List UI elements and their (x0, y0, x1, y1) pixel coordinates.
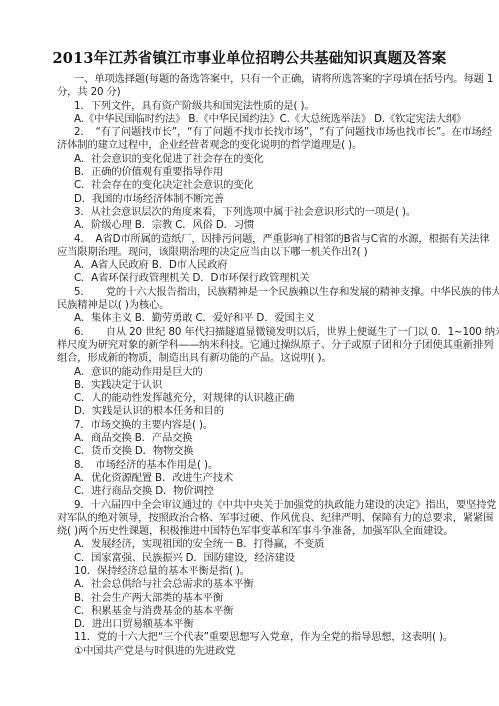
question-6: 6． 自从 20 世纪 80 年代扫描隧道显微镜发明以后，世界上便诞生了一门以 … (57, 326, 442, 339)
text-line: 应当限期治理。现问，该限期治理的决定应当由以下哪一机关作出?( ) (57, 246, 442, 259)
question-9-options-ab: A．发展经济，实现祖国的安全统一 B．打得赢，不变质 (57, 538, 442, 551)
section-heading: 一、单项选择题(每题的备选答案中，只有一个正确，请将所选答案的字母填在括号内。每… (57, 73, 442, 86)
question-8-options-cd: C．进行商品交换 D．物价调控 (57, 485, 442, 498)
question-4: 4． A省D市所属的造纸厂，因排污问题，严重影响了相邻的B省与C省的水源，根据有… (57, 233, 442, 246)
text-line: 分，共 20 分) (57, 86, 442, 99)
question-2-option-c: C．社会存在的变化决定社会意识的变化 (57, 179, 442, 192)
document-page: 2013年江苏省镇江市事业单位招聘公共基础知识真题及答案 一、单项选择题(每题的… (0, 0, 499, 706)
question-9-options-cd: C．国家富强、民族振兴 D．国防建设，经济建设 (57, 552, 442, 565)
question-10: 10．保持经济总量的基本平衡是指( )。 (57, 565, 442, 578)
text-line: 对军队的绝对领导，按照政治合格、军事过硬、作风优良、纪律严明、保障有力的总要求，… (57, 512, 442, 525)
text-line: 民族精神是以( )为核心。 (57, 299, 442, 312)
question-1-options: A.《中华民国临时约法》 B.《中华民国约法》C.《大总统选举法》 D.《钦定宪… (57, 113, 442, 126)
question-5-options: A．集体主义 B．勤劳勇敢 C．爱好和平 D．爱国主义 (57, 312, 442, 325)
question-4-options-cd: C．A省环保行政管理机关 D．D市环保行政管理机关 (57, 272, 442, 285)
text-line: 组合，形成新的物质，制造出具有新功能的产品。这说明( )。 (57, 352, 442, 365)
question-8: 8． 市场经济的基本作用是( )。 (57, 459, 442, 472)
question-8-options-ab: A．优化资源配置 B．改进生产技术 (57, 472, 442, 485)
question-2-option-a: A．社会意识的变化促进了社会存在的变化 (57, 153, 442, 166)
question-11-statement-1: ①中国共产党是与时俱进的先进政党 (57, 645, 442, 658)
text-line: 绕( )两个历史性课题，积极推进中国特色军事变革和军事斗争准备，加强军队全面建设… (57, 525, 442, 538)
text-line: 样尺度为研究对象的新学科——纳米科技。它通过操纵原子、分子或原子团和分子团使其重… (57, 339, 442, 352)
document-body: 一、单项选择题(每题的备选答案中，只有一个正确，请将所选答案的字母填在括号内。每… (57, 73, 442, 658)
question-9: 9．十六届四中全会审议通过的《中共中央关于加强党的执政能力建设的决定》指出，要坚… (57, 499, 442, 512)
question-1: 1．下列文件，具有资产阶级共和国宪法性质的是( )。 (57, 100, 442, 113)
question-3-options: A．阶级心理 B．宗教 C．风俗 D．习惯 (57, 219, 442, 232)
text-line: 济体制的建立过程中，企业经营者观念的变化说明的哲学道理是( )。 (57, 139, 442, 152)
document-title: 2013年江苏省镇江市事业单位招聘公共基础知识真题及答案 (0, 50, 499, 68)
question-10-option-c: C．积累基金与消费基金的基本平衡 (57, 605, 442, 618)
question-7-options-cd: C．货币交换 D．物物交换 (57, 445, 442, 458)
question-3: 3．从社会意识层次的角度来看，下列选项中属于社会意识形式的一项是( )。 (57, 206, 442, 219)
question-6-option-c: C．人的能动性发挥越充分，对规律的认识越正确 (57, 392, 442, 405)
question-2: 2． “有了问题找市长”，“有了问题不找市长找市场”，“有了问题找市场也找市长”… (57, 126, 442, 139)
question-10-option-b: B．社会生产两大部类的基本平衡 (57, 592, 442, 605)
question-4-options-ab: A．A省人民政府 B．D市人民政府 (57, 259, 442, 272)
question-10-option-a: A．社会总供给与社会总需求的基本平衡 (57, 578, 442, 591)
question-11: 11．党的十六大把“三个代表”重要思想写入党章，作为全党的指导思想，这表明( )… (57, 631, 442, 644)
question-2-option-b: B．正确的价值观有重要指导作用 (57, 166, 442, 179)
question-2-option-d: D．我国的市场经济体制不断完善 (57, 193, 442, 206)
question-6-option-d: D．实践是认识的根本任务和目的 (57, 405, 442, 418)
question-7-options-ab: A．商品交换 B．产品交换 (57, 432, 442, 445)
question-10-option-d: D．进出口贸易额基本平衡 (57, 618, 442, 631)
question-7: 7．市场交换的主要内容是( )。 (57, 419, 442, 432)
question-5: 5． 党的十六大报告指出，民族精神是一个民族赖以生存和发展的精神支撑。中华民族的… (57, 286, 442, 299)
question-6-option-a: A．意识的能动作用是巨大的 (57, 366, 442, 379)
question-6-option-b: B．实践决定于认识 (57, 379, 442, 392)
